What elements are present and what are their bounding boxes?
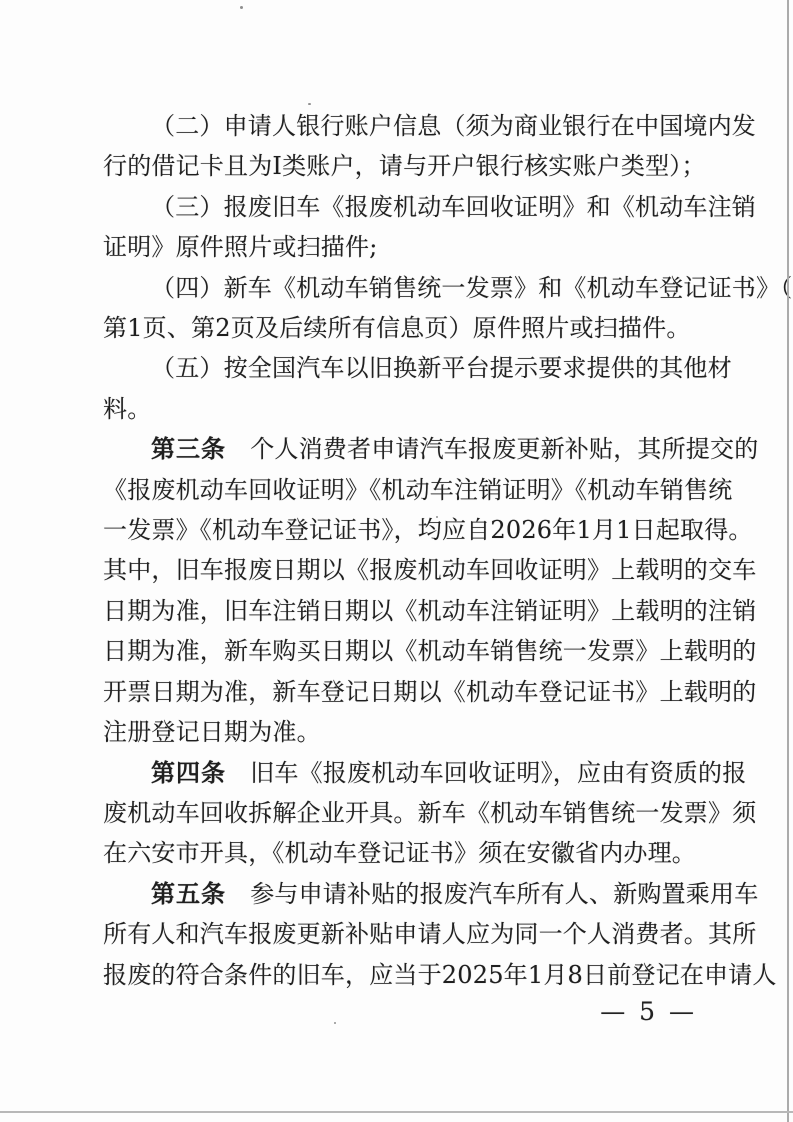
text-line: 一发票》《机动车登记证书》，均应自2026年1月1日起取得。 [103, 510, 763, 550]
scan-speck [308, 103, 311, 105]
text-line: 注册登记日期为准。 [103, 712, 763, 752]
text-line: 所有人和汽车报废更新补贴申请人应为同一个人消费者。其所 [103, 914, 763, 954]
text-line: 开票日期为准，新车登记日期以《机动车登记证书》上载明的 [103, 672, 763, 712]
text-line: 证明》原件照片或扫描件; [103, 227, 763, 267]
scan-speck [436, 516, 438, 518]
scan-edge-bottom [0, 1111, 793, 1113]
article-heading: 第五条 [151, 880, 226, 908]
text-line: （五）按全国汽车以旧换新平台提示要求提供的其他材 [103, 348, 763, 388]
scan-speck [334, 1022, 336, 1024]
text-line: 《报废机动车回收证明》《机动车注销证明》《机动车销售统 [103, 470, 763, 510]
scan-speck [240, 6, 243, 9]
text-line: 废机动车回收拆解企业开具。新车《机动车销售统一发票》须 [103, 793, 763, 833]
scanned-page: （二）申请人银行账户信息（须为商业银行在中国境内发行的借记卡且为Ⅰ类账户，请与开… [0, 0, 793, 1122]
text-line: 第三条 个人消费者申请汽车报废更新补贴，其所提交的 [103, 429, 763, 469]
scan-edge-right [787, 0, 789, 1122]
text-line: 行的借记卡且为Ⅰ类账户，请与开户银行核实账户类型）； [103, 146, 763, 186]
text-line: 第五条 参与申请补贴的报废汽车所有人、新购置乘用车 [103, 874, 763, 914]
text-line: 报废的符合条件的旧车，应当于2025年1月8日前登记在申请人 [103, 955, 763, 995]
text-line: 日期为准，新车购买日期以《机动车销售统一发票》上载明的 [103, 631, 763, 671]
document-body: （二）申请人银行账户信息（须为商业银行在中国境内发行的借记卡且为Ⅰ类账户，请与开… [103, 106, 763, 995]
text-line: （四）新车《机动车销售统一发票》和《机动车登记证书》（ [103, 268, 763, 308]
article-heading: 第四条 [151, 759, 226, 787]
page-number: — 5 — [600, 997, 697, 1026]
text-line: 料。 [103, 389, 763, 429]
text-line: 在六安市开具，《机动车登记证书》须在安徽省内办理。 [103, 833, 763, 873]
text-line: 第1页、第2页及后续所有信息页）原件照片或扫描件。 [103, 308, 763, 348]
text-line: （三）报废旧车《报废机动车回收证明》和《机动车注销 [103, 187, 763, 227]
text-line: （二）申请人银行账户信息（须为商业银行在中国境内发 [103, 106, 763, 146]
text-line: 日期为准，旧车注销日期以《机动车注销证明》上载明的注销 [103, 591, 763, 631]
text-line: 第四条 旧车《报废机动车回收证明》，应由有资质的报 [103, 753, 763, 793]
text-line: 其中，旧车报废日期以《报废机动车回收证明》上载明的交车 [103, 550, 763, 590]
article-heading: 第三条 [151, 435, 226, 463]
